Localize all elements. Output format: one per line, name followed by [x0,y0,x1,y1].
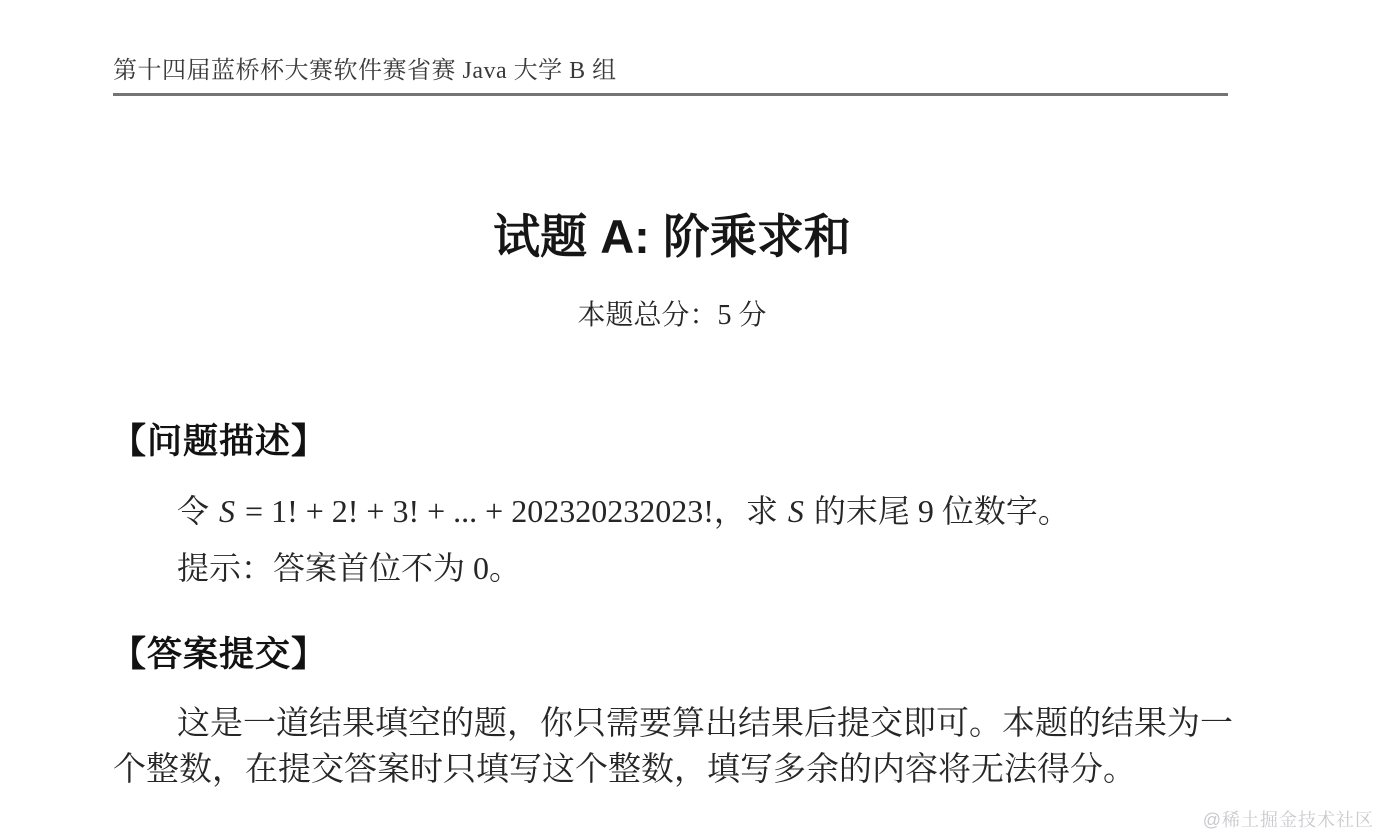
formula-middle: = 1! + 2! + 3! + ... + 202320232023!，求 [237,493,786,529]
math-var-s-1: S [217,493,237,529]
math-var-s-2: S [786,493,806,529]
problem-title: 试题 A: 阶乘求和 [113,208,1231,266]
formula-line: 令 S = 1! + 2! + 3! + ... + 202320232023!… [113,489,1070,533]
section-heading-answer-submission: 【答案提交】 [111,632,327,678]
watermark: @稀土掘金技术社区 [1203,806,1374,834]
formula-lead: 令 [177,493,217,529]
document-header-text: 第十四届蓝桥杯大赛软件赛省赛 Java 大学 B 组 [113,56,617,86]
problem-score-line: 本题总分：5 分 [113,297,1231,335]
submission-line-1: 这是一道结果填空的题，你只需要算出结果后提交即可。本题的结果为一 [113,701,1237,747]
answer-submission-paragraph: 这是一道结果填空的题，你只需要算出结果后提交即可。本题的结果为一 个整数，在提交… [113,701,1237,793]
submission-line-2: 个整数，在提交答案时只填写这个整数，填写多余的内容将无法得分。 [113,747,1237,793]
header-rule [113,93,1228,96]
hint-line: 提示：答案首位不为 0。 [113,546,521,590]
section-heading-problem-description: 【问题描述】 [111,419,327,465]
formula-tail: 的末尾 9 位数字。 [806,493,1070,529]
